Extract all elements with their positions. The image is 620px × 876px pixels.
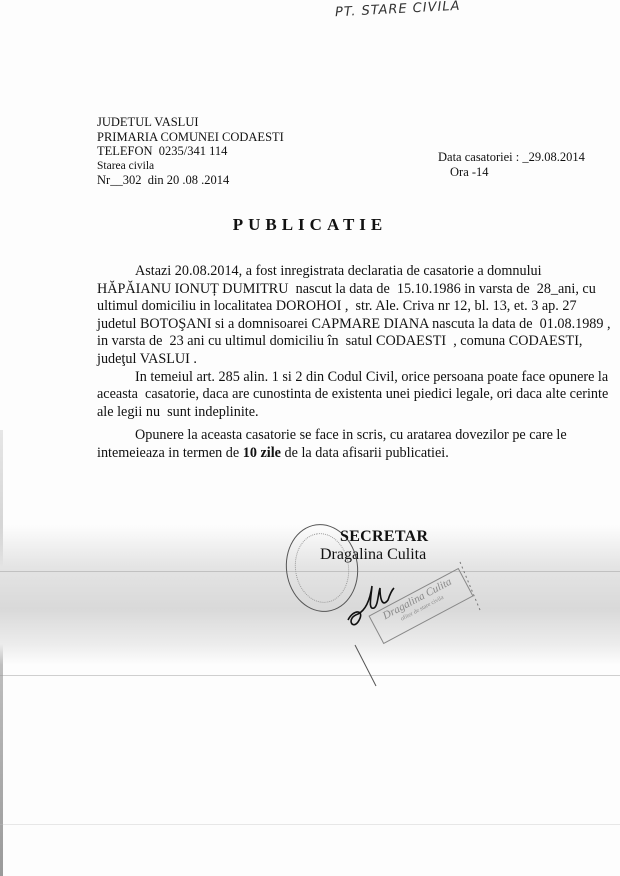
stamp-lines (0, 0, 620, 876)
